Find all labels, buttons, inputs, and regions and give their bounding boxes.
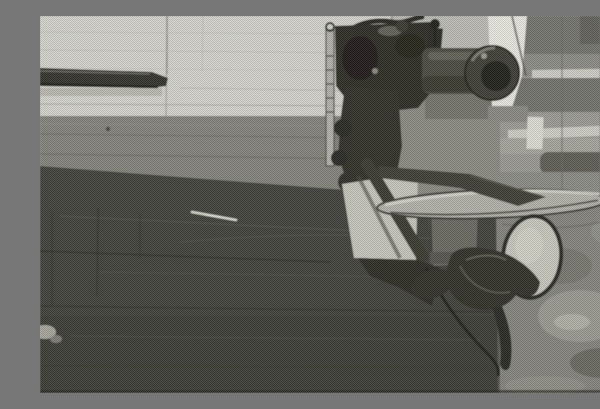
halftone-overlay (40, 16, 600, 393)
photo-canvas (40, 16, 600, 393)
halftone-photo (40, 16, 600, 393)
